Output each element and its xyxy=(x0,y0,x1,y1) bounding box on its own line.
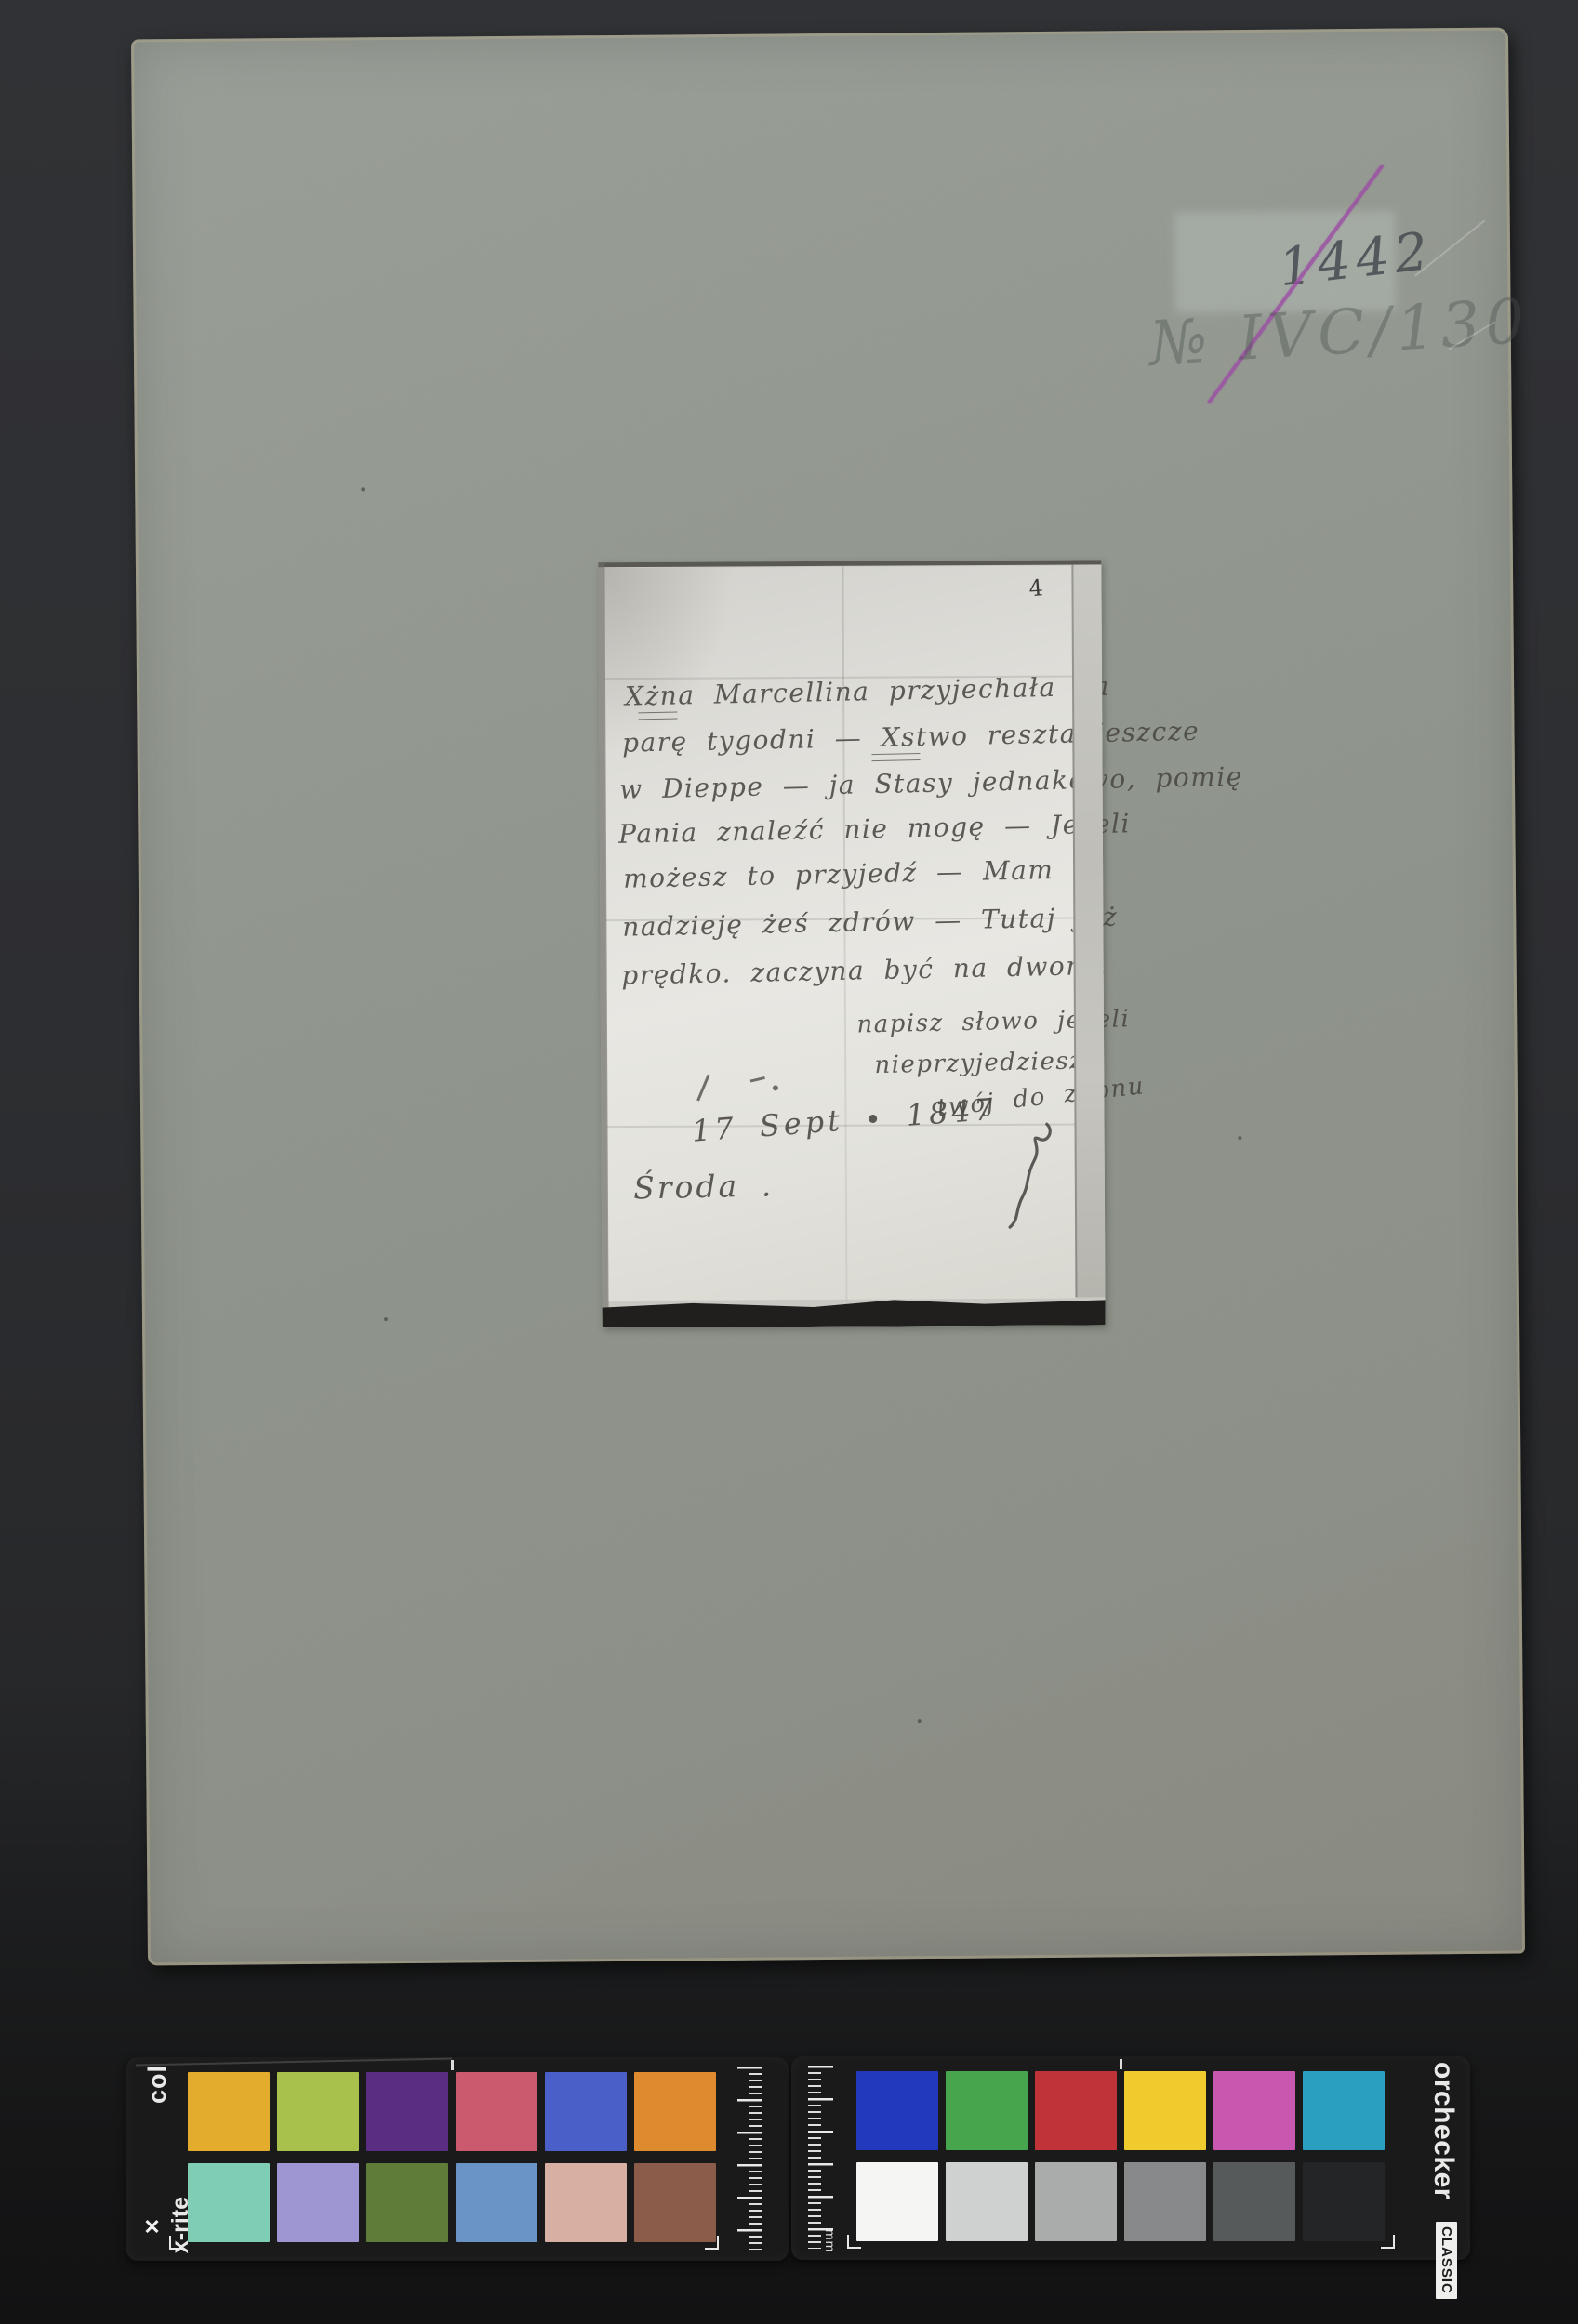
center-tick xyxy=(1120,2059,1122,2069)
corner-mark xyxy=(847,2235,861,2249)
neutral-3-5-patch xyxy=(1213,2162,1295,2241)
dust-speck xyxy=(361,487,365,491)
ink-smudge xyxy=(750,1076,765,1082)
corner-mark xyxy=(1381,2235,1395,2249)
foliage-patch xyxy=(366,2163,448,2242)
dust-speck xyxy=(1238,1136,1241,1140)
letter-line: nadzieję żeś zdrów — Tutaj już xyxy=(622,902,1119,943)
mm-ruler xyxy=(729,2067,770,2250)
brand-strip: col ✕ x-rite xyxy=(134,2057,179,2261)
brand-text-xrite: ✕ x-rite xyxy=(141,2197,194,2253)
letter-photograph: 4 Xżna Marcellina przyjechała na parę ty… xyxy=(598,560,1105,1327)
letter-line: prędko. zaczyna być na dworu. xyxy=(621,950,1107,991)
green-patch xyxy=(946,2071,1028,2150)
dark-skin-patch xyxy=(634,2163,716,2242)
blue-patch xyxy=(856,2071,938,2150)
neutral-8-patch xyxy=(946,2162,1028,2241)
mm-unit-label: mm xyxy=(823,2229,838,2252)
purplish-blue-patch xyxy=(545,2072,627,2151)
patch-grid xyxy=(856,2071,1385,2241)
patch-grid xyxy=(188,2072,716,2242)
letter-day: Środa . xyxy=(633,1167,775,1206)
patch-row xyxy=(188,2163,716,2242)
letter-paper: 4 Xżna Marcellina przyjechała na parę ty… xyxy=(603,566,1077,1301)
black-patch xyxy=(1303,2162,1385,2241)
mm-ruler: mm xyxy=(799,2066,843,2249)
magenta-patch xyxy=(1213,2071,1295,2150)
moderate-red-patch xyxy=(456,2072,537,2151)
corner-mark xyxy=(169,2236,183,2250)
colorchecker-left-half: col ✕ x-rite xyxy=(126,2057,789,2261)
patch-row xyxy=(856,2162,1385,2241)
yellow-patch xyxy=(1124,2071,1206,2150)
purple-patch xyxy=(366,2072,448,2151)
handwritten-text: Xżna Marcellina przyjechała na parę tygo… xyxy=(598,562,1082,1304)
yellow-green-patch xyxy=(277,2072,359,2151)
cardboard-mount: 1442 № IVC/130 4 Xżna Marcellina przyjec… xyxy=(131,28,1525,1966)
colorchecker-right-half: mm orchecker CLASSIC xyxy=(791,2056,1470,2260)
center-tick xyxy=(451,2060,454,2070)
brand-text-col: col xyxy=(143,2065,172,2104)
corner-mark xyxy=(705,2236,719,2250)
ink-smudge xyxy=(773,1085,778,1090)
patch-row xyxy=(188,2072,716,2151)
ruler-ticks xyxy=(808,2066,833,2249)
letter-line: możesz to przyjedź — Mam xyxy=(623,854,1054,894)
ruler-ticks xyxy=(737,2067,762,2250)
letter-line: nieprzyjedziesz xyxy=(874,1047,1084,1079)
red-patch xyxy=(1035,2071,1117,2150)
signature-flourish xyxy=(1001,1118,1062,1231)
letter-line: Xżna Marcellina przyjechała na xyxy=(625,671,1110,712)
blue-flower-patch xyxy=(277,2163,359,2242)
patch-row xyxy=(856,2071,1385,2150)
neutral-5-patch xyxy=(1124,2162,1206,2241)
brand-strip: orchecker CLASSIC xyxy=(1409,2056,1465,2260)
neutral-6-5-patch xyxy=(1035,2162,1117,2241)
photo-margin xyxy=(1071,564,1105,1297)
brand-text-orchecker: orchecker xyxy=(1427,2062,1459,2199)
xrite-logo-icon: ✕ xyxy=(141,2213,162,2237)
ink-smudge xyxy=(696,1075,709,1102)
letter-date: 17 Sept ∙ 1847 xyxy=(691,1091,998,1149)
light-skin-patch xyxy=(545,2163,627,2242)
white-patch xyxy=(856,2162,938,2241)
bluish-green-patch xyxy=(188,2163,270,2242)
card-scratch xyxy=(136,2057,452,2066)
letter-line: Pania znaleźć nie mogę — Jeżeli xyxy=(618,808,1131,850)
classic-badge: CLASSIC xyxy=(1436,2222,1457,2299)
underline-mark xyxy=(638,711,677,720)
orange-patch xyxy=(634,2072,716,2151)
blue-sky-patch xyxy=(456,2163,537,2242)
underline-mark xyxy=(871,753,920,761)
dust-speck xyxy=(384,1317,388,1321)
orange-yellow-patch xyxy=(188,2072,270,2151)
cyan-patch xyxy=(1303,2071,1385,2150)
archival-reproduction: 1442 № IVC/130 4 Xżna Marcellina przyjec… xyxy=(0,0,1578,2324)
dust-speck xyxy=(918,1719,922,1723)
